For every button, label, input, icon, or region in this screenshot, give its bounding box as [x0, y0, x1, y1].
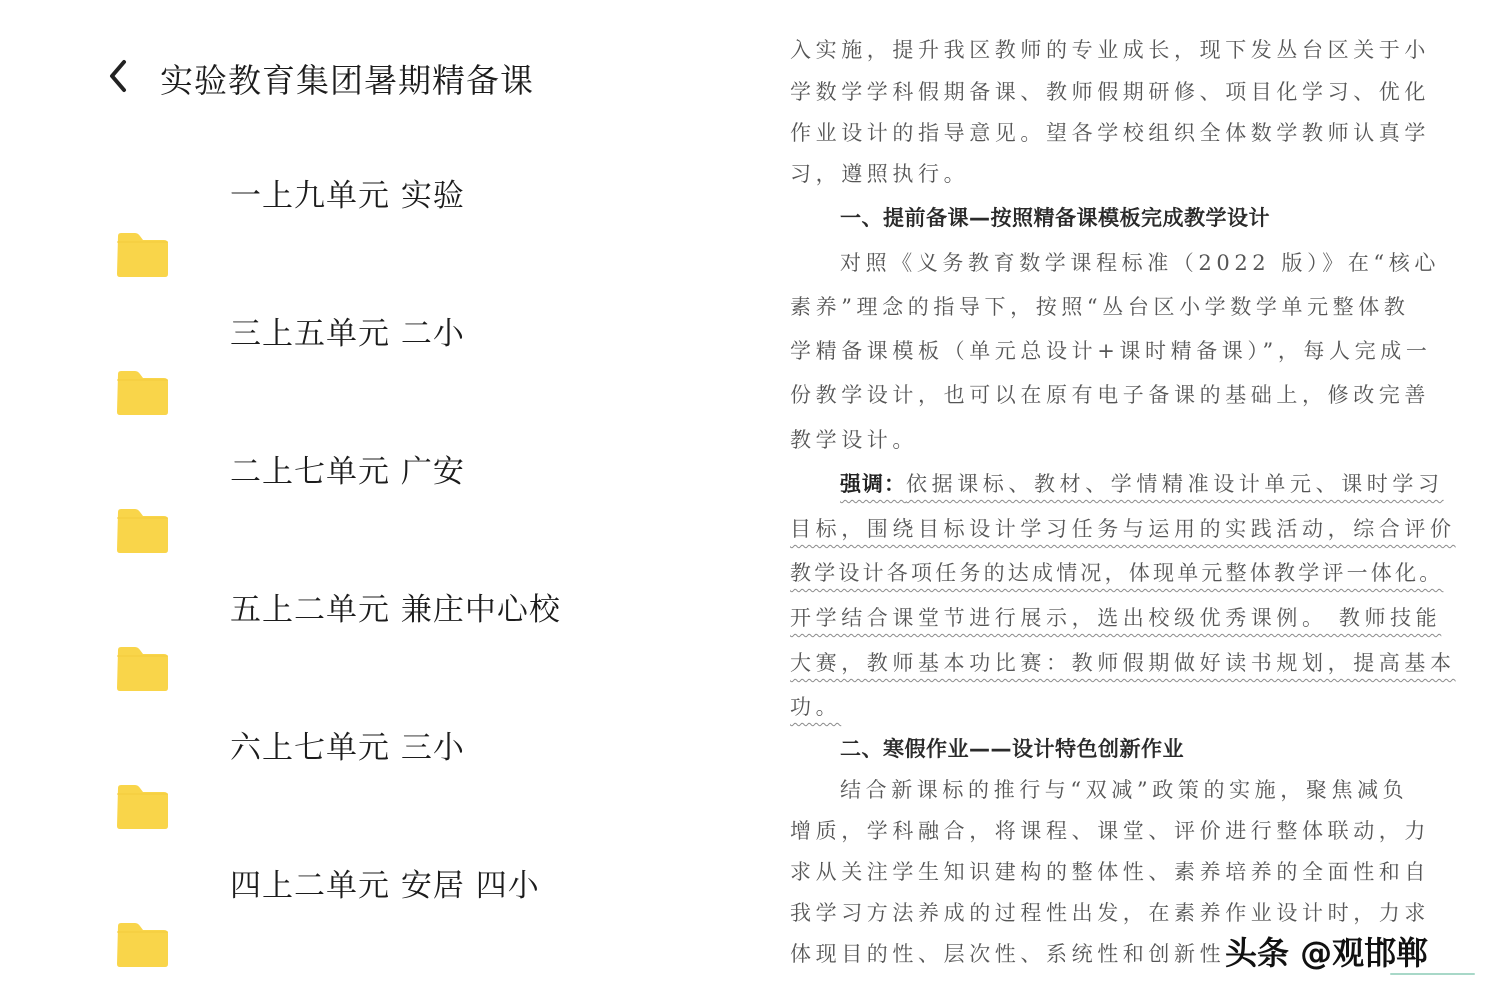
back-button[interactable] [100, 50, 136, 106]
folder-name: 四上二单元 安居 四小 [230, 860, 540, 905]
section-2-heading: 二、寒假作业——设计特色创新作业 [840, 733, 1184, 763]
doc-line: 我学习方法养成的过程性出发，在素养作业设计时，力求 [790, 897, 1430, 927]
folder-item[interactable]: 三上五单元 二小 [0, 308, 700, 428]
emphasis-line: 功。 [790, 691, 841, 721]
emphasis-line: 开学结合课堂节进行展示，选出校级优秀课例。 教师技能 [790, 602, 1441, 632]
doc-line: 增质，学科融合，将课程、课堂、评价进行整体联动，力 [790, 815, 1430, 845]
document-panel: 入实施，提升我区教师的专业成长，现下发丛台区关于小 学数学学科假期备课、教师假期… [760, 0, 1500, 1000]
folder-name: 六上七单元 三小 [230, 722, 465, 767]
doc-line: 素养”理念的指导下，按照“丛台区小学数学单元整体教 [790, 291, 1409, 321]
doc-intro-line: 学数学学科假期备课、教师假期研修、项目化学习、优化 [790, 76, 1430, 106]
folder-name: 一上九单元 实验 [230, 170, 465, 215]
folder-icon [115, 646, 169, 692]
doc-line: 求从关注学生知识建构的整体性、素养培养的全面性和自 [790, 856, 1430, 886]
folder-icon [115, 922, 169, 968]
chevron-left-icon [107, 59, 129, 97]
doc-line: 教学设计。 [790, 424, 918, 454]
folder-icon [115, 784, 169, 830]
header: 实验教育集团暑期精备课 [100, 48, 534, 108]
doc-line: 学精备课模板（单元总设计+课时精备课）”，每人完成一 [790, 335, 1431, 365]
emphasis-label: 强调： [840, 472, 906, 496]
folder-item[interactable]: 一上九单元 实验 [0, 170, 700, 290]
emphasis-line: 教学设计各项任务的达成情况，体现单元整体教学评一体化。 [790, 557, 1443, 587]
folder-name: 五上二单元 兼庄中心校 [230, 584, 561, 629]
page-title: 实验教育集团暑期精备课 [160, 55, 534, 102]
folder-name: 三上五单元 二小 [230, 308, 465, 353]
emphasis-line: 强调：依据课标、教材、学情精准设计单元、课时学习 [840, 468, 1444, 498]
doc-line: 对照《义务教育数学课程标准（2022 版）》在“核心 [840, 247, 1440, 277]
folder-item[interactable]: 二上七单元 广安 [0, 446, 700, 566]
doc-line: 体现目的性、层次性、系统性和创新性 [790, 938, 1225, 968]
file-browser-panel: 实验教育集团暑期精备课 一上九单元 实验 三上五单元 二小 二上七单元 广安 五… [0, 0, 760, 1000]
folder-item[interactable]: 六上七单元 三小 [0, 722, 700, 842]
emphasis-line: 目标，围绕目标设计学习任务与运用的实践活动，综合评价 [790, 513, 1456, 543]
doc-intro-line: 入实施，提升我区教师的专业成长，现下发丛台区关于小 [790, 34, 1430, 64]
folder-icon [115, 370, 169, 416]
folder-icon [115, 508, 169, 554]
emphasis-line: 大赛，教师基本功比赛：教师假期做好读书规划，提高基本 [790, 647, 1456, 677]
emphasis-text: 依据课标、教材、学情精准设计单元、课时学习 [906, 472, 1444, 496]
doc-intro-line: 作业设计的指导意见。望各学校组织全体数学教师认真学 [790, 117, 1430, 147]
folder-item[interactable]: 五上二单元 兼庄中心校 [0, 584, 700, 704]
watermark-underline [1390, 973, 1475, 975]
watermark: 头条 @观邯郸 [1225, 928, 1428, 974]
section-1-heading: 一、提前备课—按照精备课模板完成教学设计 [840, 202, 1270, 232]
doc-intro-line: 习，遵照执行。 [790, 158, 969, 188]
folder-name: 二上七单元 广安 [230, 446, 465, 491]
doc-line: 份教学设计，也可以在原有电子备课的基础上，修改完善 [790, 379, 1430, 409]
folder-item[interactable]: 四上二单元 安居 四小 [0, 860, 700, 980]
doc-line: 结合新课标的推行与“双减”政策的实施，聚焦减负 [840, 774, 1408, 804]
folder-icon [115, 232, 169, 278]
